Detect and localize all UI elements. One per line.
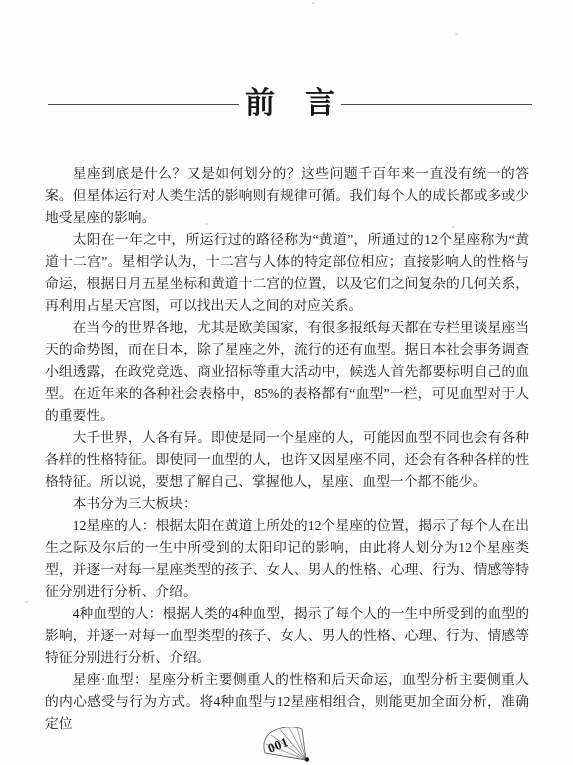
paragraph: 在当今的世界各地，尤其是欧美国家，有很多报纸每天都在专栏里谈星座当天的命势图，而… [45,317,529,427]
scan-speck [25,601,28,603]
scan-speck [368,577,371,579]
body-text: 星座到底是什么？又是如何划分的？这些问题千百年来一直没有统一的答案。但星体运行对… [45,163,529,735]
paragraph: 本书分为三大板块： [45,493,529,515]
scan-speck [455,33,458,35]
paragraph: 星座·血型：星座分析主要侧重人的性格和后天命运，血型分析主要侧重人的内心感受与行… [45,669,529,735]
page-number-fan-icon: 001 [261,727,311,763]
title-rule-right [341,104,532,105]
scan-speck [312,2,315,4]
chapter-title-row: 前 言 [48,86,532,122]
scan-speck [452,226,455,228]
page-title: 前 言 [239,89,341,119]
paragraph: 12星座的人：根据太阳在黄道上所处的12个星座的位置，揭示了每个人在出生之际及尔… [45,515,529,603]
book-page: 前 言 星座到底是什么？又是如何划分的？这些问题千百年来一直没有统一的答案。但星… [0,0,573,765]
paragraph: 4种血型的人：根据人类的4种血型，揭示了每个人的一生中所受到的血型的影响，并逐一… [45,603,529,669]
paragraph: 星座到底是什么？又是如何划分的？这些问题千百年来一直没有统一的答案。但星体运行对… [45,163,529,229]
scan-speck [205,223,208,225]
paragraph: 太阳在一年之中，所运行过的路径称为“黄道”，所通过的12个星座称为“黄道十二宫”… [45,229,529,317]
title-rule-left [48,104,239,105]
paragraph: 大千世界，人各有异。即使是同一个星座的人，可能因血型不同也会有各种各样的性格特征… [45,427,529,493]
